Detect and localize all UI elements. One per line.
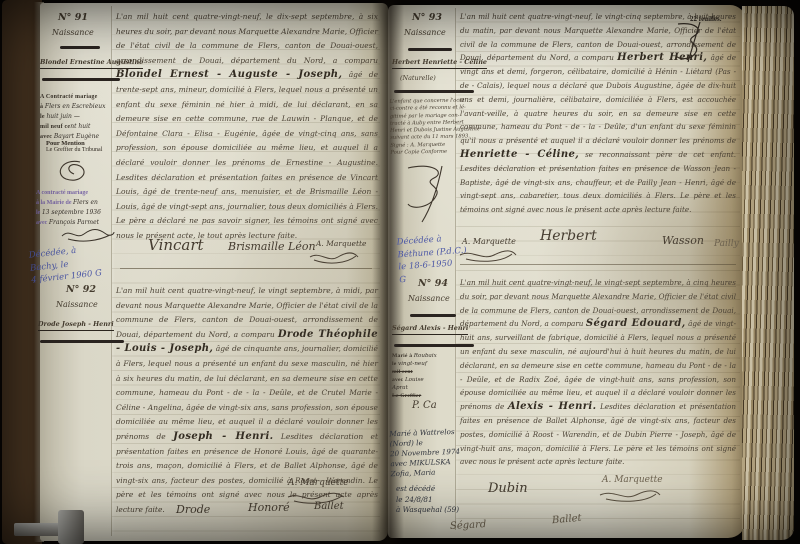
margin-flourish-line	[410, 314, 456, 317]
margin-flourish-line	[408, 48, 452, 51]
legitimation-paraph-scribble	[398, 162, 458, 224]
act-91-signature-vincart: Vincart	[148, 236, 204, 254]
act-91-type: Naissance	[52, 28, 94, 37]
act-93-number: N° 93	[412, 12, 442, 23]
margin-underline	[40, 340, 124, 343]
act-94-margin-name: Ségard Alexis - Henri	[392, 324, 468, 335]
purple-stamp-signature-scribble	[60, 226, 116, 242]
greffier-signature-scribble	[50, 158, 96, 184]
act-94-signature-officer: A. Marquette	[602, 475, 663, 485]
act-92-signature-ballet: Ballet	[314, 501, 344, 512]
act-94-signature-segard: Ségard	[450, 519, 487, 532]
page-stack-fore-edge	[742, 6, 794, 540]
act-94-marriage-note-1974: Marié à Wattrelos(Nord) le20 Novembre 19…	[389, 427, 461, 479]
photo-stand-clip-post	[58, 510, 84, 544]
greffier-initials: P. Ca	[412, 400, 437, 411]
ruled-line	[460, 264, 736, 265]
act-93-signature-wasson: Wasson	[662, 234, 704, 247]
act-91-purple-marriage-stamp: A contracté mariageà la Mairie de Flers …	[36, 188, 101, 228]
act-92-type: Naissance	[56, 300, 98, 309]
act-92-number: N° 92	[66, 284, 96, 295]
act-94-body: L'an mil huit cent quatre-vingt-neuf, le…	[460, 276, 736, 469]
act-94-signature-dubin: Dubin	[488, 481, 528, 496]
act-94-number: N° 94	[418, 278, 448, 289]
mention-stamp-title: Pour Mention	[46, 140, 102, 147]
officer-paraph-flourish	[308, 250, 360, 264]
act-93-signature-herbert: Herbert	[540, 228, 597, 244]
act-92-signature-honore: Honoré	[248, 501, 290, 514]
act-separator-line	[120, 268, 372, 269]
act-92-margin-name: Drode Joseph - Henri	[38, 320, 114, 331]
act-93-signature-pailly: Pailly	[714, 239, 739, 249]
act-92-signature-drode: Drode	[176, 503, 210, 516]
act-91-signature-officer: A. Marquette	[316, 239, 366, 248]
act-91-death-note: Décédée, àBachy, le4 février 1960 G	[28, 242, 102, 287]
margin-underline	[42, 78, 120, 81]
act-93-body: L'an mil huit cent quatre-vingt-neuf, le…	[460, 10, 736, 217]
act-93-signature-officer: A. Marquette	[462, 237, 516, 246]
mention-stamp-subtitle: Le Greffier du Tribunal	[46, 147, 102, 153]
officer-paraph-flourish	[458, 248, 518, 262]
act-92-signature-officer: A. Marquette	[288, 478, 349, 488]
act-91-body: L'an mil huit cent quatre-vingt-neuf, le…	[116, 10, 378, 244]
act-91-marriage-stamp: A Contracté mariageà Flers en Escrebieux…	[40, 92, 106, 142]
margin-flourish-line	[60, 46, 100, 49]
act-91-signature-brismaille: Brismaille Léon	[228, 240, 316, 253]
act-93-type: Naissance	[404, 28, 446, 37]
act-94-marriage-stamp: Marié à Roubaixle vingt-neufmil centavec…	[392, 352, 437, 400]
act-91-mention-stamp: Pour Mention Le Greffier du Tribunal	[46, 140, 102, 153]
left-page-fold-line	[111, 6, 112, 536]
act-91-number: N° 91	[58, 12, 88, 23]
act-93-margin-subnote: (Naturelle)	[400, 74, 436, 82]
officer-paraph-flourish	[598, 488, 662, 502]
act-94-type: Naissance	[408, 294, 450, 303]
register-book-photo: N° 91 Naissance Blondel Ernestine August…	[0, 0, 800, 544]
act-94-death-note: est décédéle 24/8/81à Wasquehal (59)	[396, 484, 459, 516]
